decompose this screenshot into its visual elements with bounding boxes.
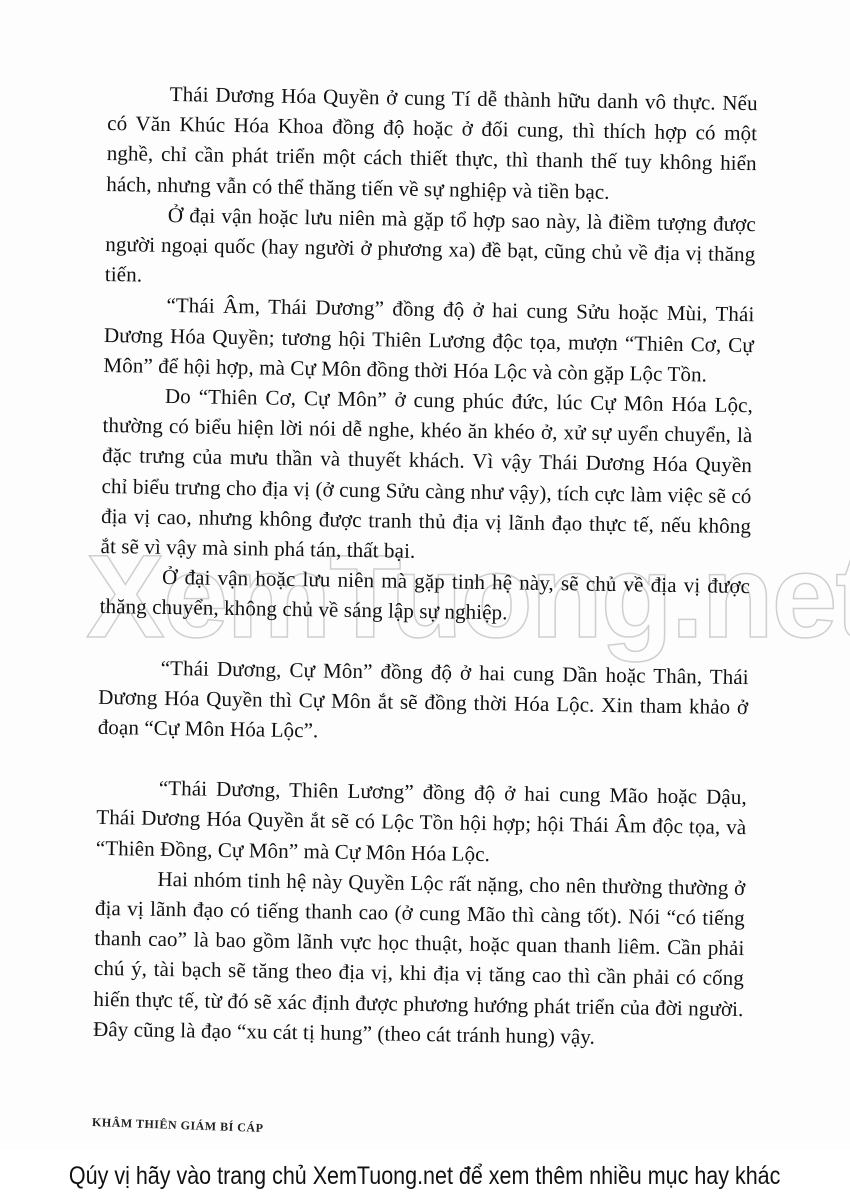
paragraph-2: Ở đại vận hoặc lưu niên mà gặp tổ hợp sa… bbox=[105, 199, 756, 300]
scanned-book-page: XemTuong.net Thái Dương Hóa Quyền ở cung… bbox=[0, 0, 850, 1150]
paragraph-1: Thái Dương Hóa Quyền ở cung Tí dễ thành … bbox=[106, 78, 758, 209]
caption-bar: Qúy vị hãy vào trang chủ XemTuong.net để… bbox=[0, 1150, 850, 1202]
paragraph-6: “Thái Dương, Cự Môn” đồng độ ở hai cung … bbox=[98, 652, 749, 753]
paragraph-3: “Thái Âm, Thái Dương” đồng độ ở hai cung… bbox=[103, 289, 754, 390]
paragraph-7: “Thái Dương, Thiên Lương” đồng độ ở hai … bbox=[96, 772, 747, 873]
running-footer: Khâm Thiên Giám Bí Cáp bbox=[92, 1115, 264, 1136]
body-text: Thái Dương Hóa Quyền ở cung Tí dễ thành … bbox=[93, 78, 758, 1054]
paragraph-5: Ở đại vận hoặc lưu niên mà gặp tinh hệ n… bbox=[99, 561, 750, 632]
paragraph-8: Hai nhóm tinh hệ này Quyền Lộc rất nặng,… bbox=[93, 863, 746, 1054]
paragraph-4: Do “Thiên Cơ, Cự Môn” ở cung phúc đức, l… bbox=[100, 380, 753, 571]
caption-text: Qúy vị hãy vào trang chủ XemTuong.net để… bbox=[69, 1162, 780, 1191]
